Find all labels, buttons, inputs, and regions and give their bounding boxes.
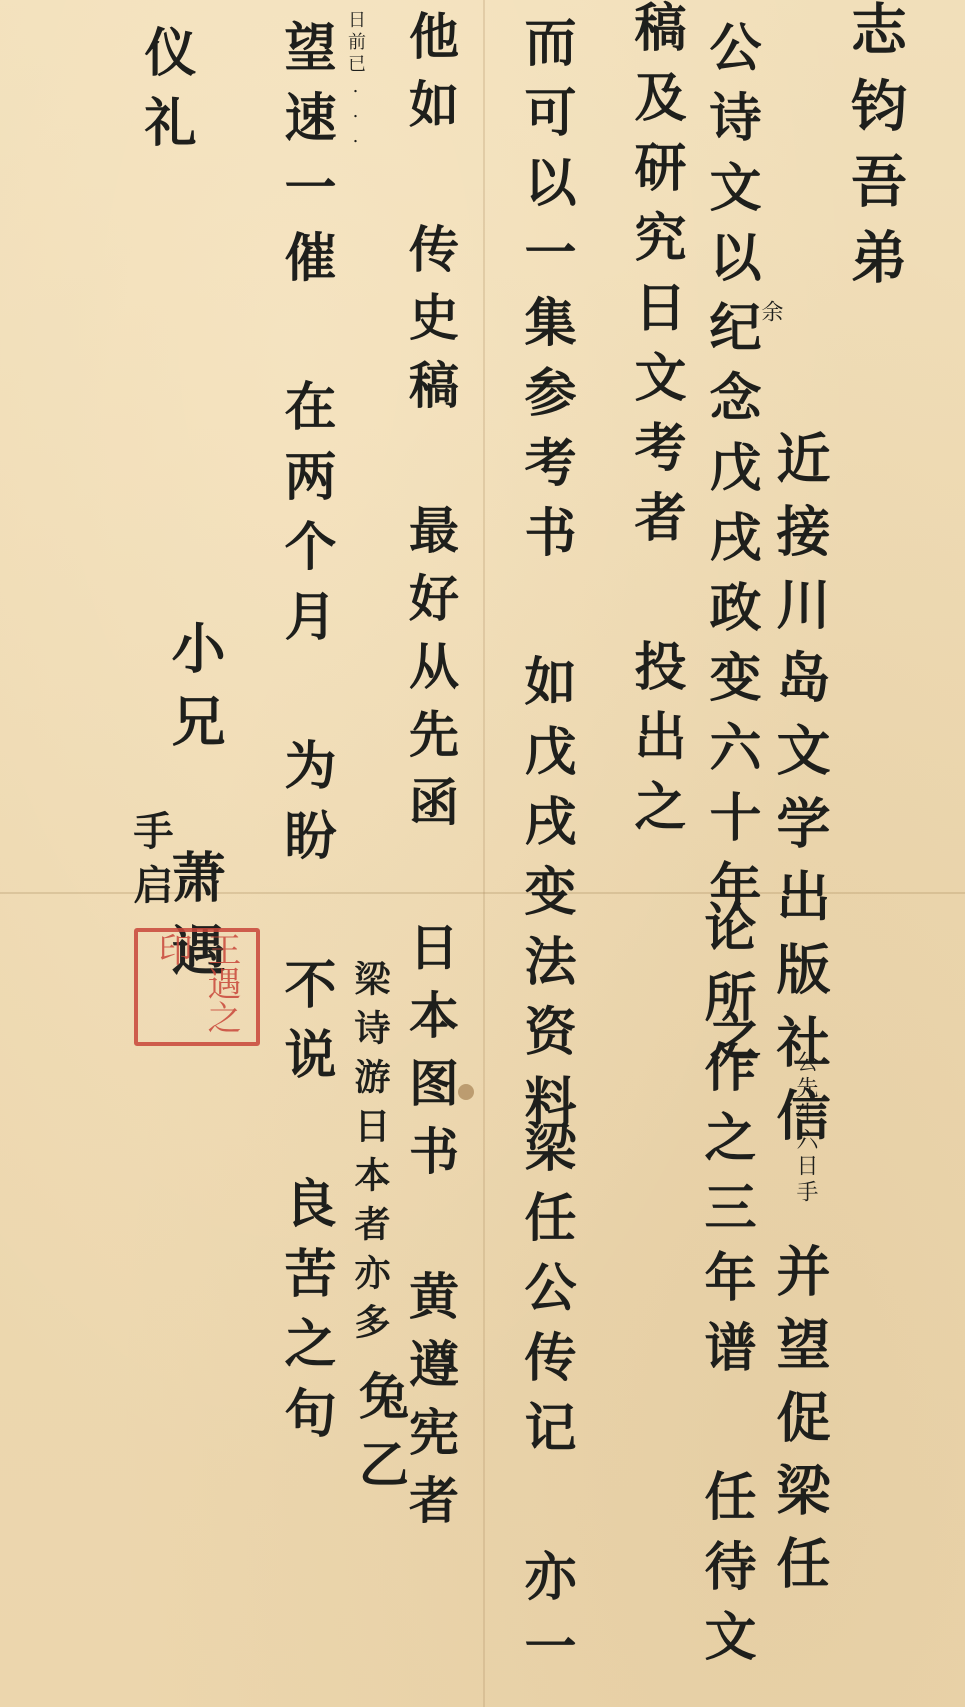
calligraphy-column: 日前已... [346, 10, 364, 151]
letter-paper: 志钧吾弟近接川岛文学出版社信 并望促梁任公诗文以纪念戊戌政变六十年 之余论所作之… [0, 0, 965, 1707]
calligraphy-column: 志钧吾弟 [847, 0, 903, 304]
calligraphy-column: 兔乙 [355, 1370, 405, 1506]
calligraphy-column: 而可以一集参考书 如戊戌变法资料 [519, 15, 571, 1144]
calligraphy-column: 梁任公传记 亦一 [519, 1120, 571, 1689]
calligraphy-column: 稿及研究日文考者 投出之 [629, 0, 681, 849]
calligraphy-column: 公先生六日手 [794, 1050, 816, 1206]
calligraphy-column: 望速一催 在两个月 为盼 不说 良苦之句 [279, 20, 331, 1456]
ink-spot [458, 1084, 474, 1100]
red-seal-stamp: 王遇之印 [134, 928, 260, 1046]
fold-line-vertical [483, 0, 485, 1707]
calligraphy-column: 论所作之三年谱 任待文 [699, 900, 751, 1679]
calligraphy-column: 手启 [130, 810, 170, 918]
calligraphy-column: 余 [759, 300, 781, 326]
calligraphy-column: 近接川岛文学出版社信 并望促梁任 [773, 430, 827, 1608]
calligraphy-column: 梁诗游日本者亦多 [352, 960, 388, 1352]
calligraphy-column: 仪礼 [139, 25, 191, 165]
calligraphy-column: 他如 传史稿 最好从先函 日本图书 黄遵宪者 [405, 10, 455, 1542]
